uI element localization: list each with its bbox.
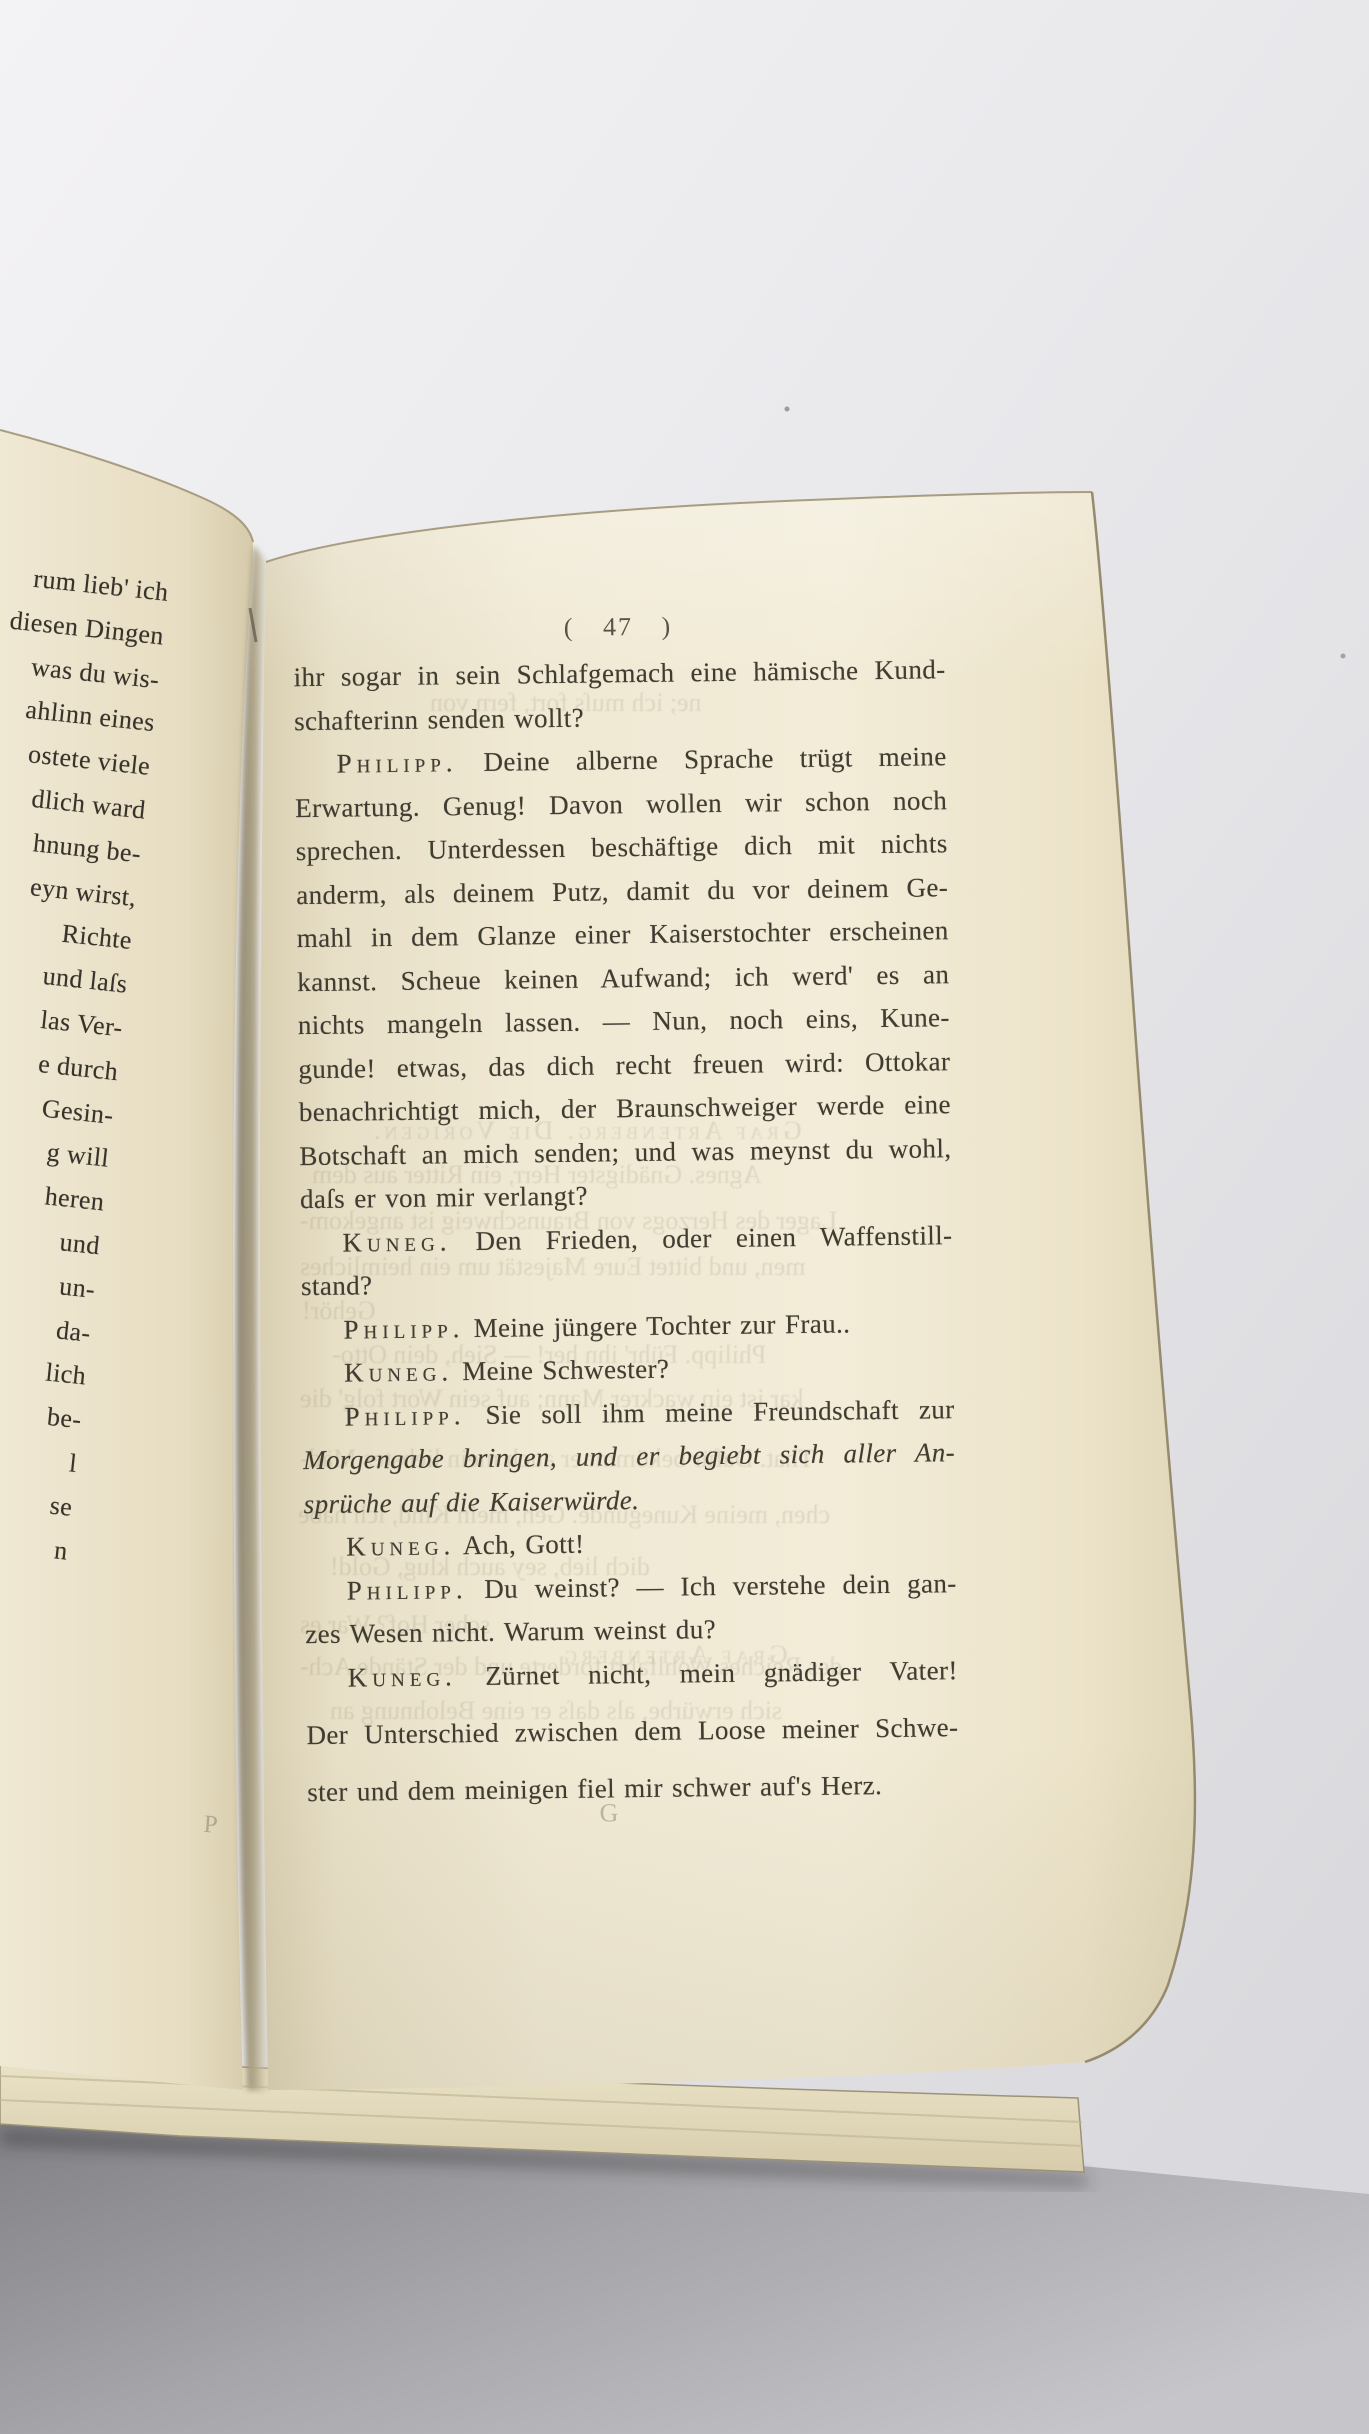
text-line: ihr sogar in sein Schlafgemach eine hämi… <box>293 654 945 693</box>
text-line: nichts mangeln lassen. — Nun, noch eins,… <box>298 1002 950 1041</box>
text-line: stand? <box>301 1263 953 1302</box>
text-line: anderm, als deinem Putz, damit du vor de… <box>296 872 948 911</box>
text-line: Philipp. Meine jüngere Tochter zur Frau.… <box>301 1307 953 1346</box>
text-line: gunde! etwas, das dich recht freuen wird… <box>298 1046 950 1085</box>
text-line: daſs er von mir verlangt? <box>300 1176 952 1215</box>
text-line: sprüche auf die Kaiserwürde. <box>304 1481 956 1520</box>
text-line: Morgengabe bringen, und er begiebt sich … <box>303 1437 955 1476</box>
text-line: sprechen. Unterdessen beschäftige dich m… <box>296 828 948 867</box>
text-line: Erwartung. Genug! Davon wollen wir schon… <box>295 785 947 824</box>
text-line: ster und dem meinigen fiel mir schwer au… <box>307 1769 959 1808</box>
text-line: schafterinn senden wollt? <box>294 698 946 737</box>
text-line: zes Wesen nicht. Warum weinst du? <box>305 1611 957 1650</box>
page-number: ( 47 ) <box>293 608 943 646</box>
text-line: Philipp. Sie soll ihm meine Freundschaft… <box>302 1394 954 1433</box>
text-line: Der Unterschied zwischen dem Loose meine… <box>306 1712 958 1751</box>
margin-bleed-mark: P <box>203 1811 219 1840</box>
text-line: Kuneg. Ach, Gott! <box>304 1524 956 1563</box>
text-line: Botschaft an mich senden; und was meynst… <box>299 1133 951 1172</box>
text-line: Kuneg. Meine Schwester? <box>302 1350 954 1389</box>
text-line: kannst. Scheue keinen Aufwand; ich werd'… <box>297 959 949 998</box>
text-line: Kuneg. Zürnet nicht, mein gnädiger Vater… <box>306 1655 958 1694</box>
text-line: Kuneg. Den Frieden, oder einen Waffensti… <box>300 1220 952 1259</box>
text-line: Philipp. Deine alberne Sprache trügt mei… <box>294 741 946 780</box>
text-line: benachrichtigt mich, der Braunschweiger … <box>299 1089 951 1128</box>
main-text: ( 47 ) G P ihr sogar in sein Schlafgemac… <box>0 0 1369 2434</box>
text-line: mahl in dem Glanze einer Kaiserstochter … <box>297 915 949 954</box>
book-photo: ne; ich muſs fort, fern vonGraf Artenber… <box>0 0 1369 2434</box>
text-line: Philipp. Du weinst? — Ich verstehe dein … <box>305 1568 957 1607</box>
